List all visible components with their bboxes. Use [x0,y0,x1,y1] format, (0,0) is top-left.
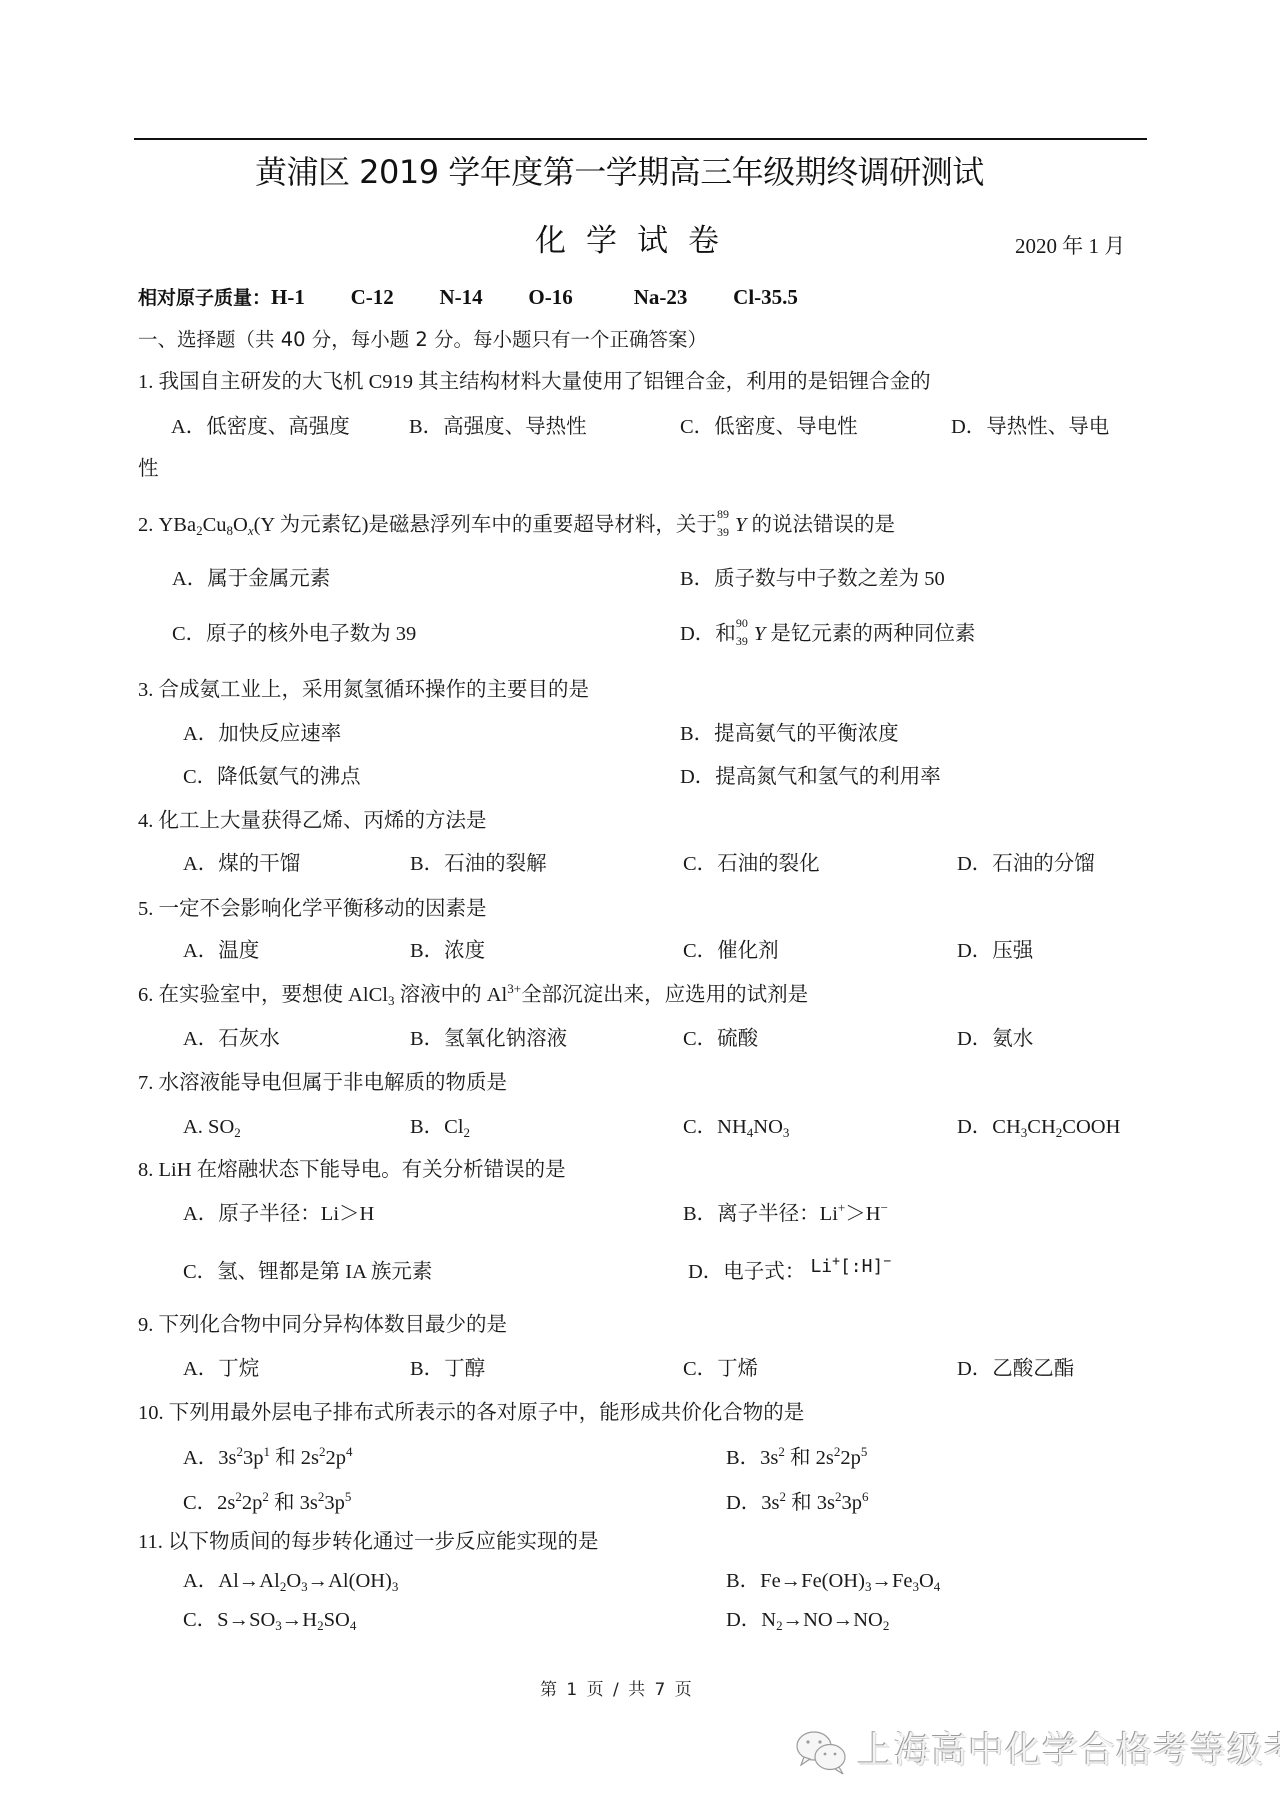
q5-option-a[interactable]: A．温度 [183,941,259,962]
q4-option-b[interactable]: B．石油的裂解 [410,854,547,875]
option-text: 和 3s [786,1492,835,1514]
question-text: LiH 在熔融状态下能导电。有关分析错误的是 [159,1159,566,1181]
question-1-stem: 1. 我国自主研发的大飞机 C919 其主结构材料大量使用了铝锂合金，利用的是铝… [138,372,931,393]
question-text: 化工上大量获得乙烯、丙烯的方法是 [159,810,487,832]
option-text: D．和 [680,623,736,645]
question-text: 合成氨工业上，采用氮氢循环操作的主要目的是 [159,679,590,701]
option-text: →H [282,1609,317,1631]
question-text: 水溶液能导电但属于非电解质的物质是 [159,1072,508,1094]
page-indicator: 第 1 页 / 共 7 页 [540,1682,692,1699]
subscript: 3 [392,1579,399,1594]
superscript: 5 [345,1489,352,1504]
wechat-icon [795,1729,849,1775]
q9-option-b[interactable]: B．丁醇 [410,1359,485,1380]
question-number: 11. [138,1531,163,1553]
atomic-number: 39 [736,635,748,647]
question-text: 全部沉淀出来，应选用的试剂是 [521,984,808,1006]
question-11-stem: 11. 以下物质间的每步转化通过一步反应能实现的是 [138,1532,599,1553]
superscript: 6 [862,1489,869,1504]
formula-part: Cu [203,514,227,536]
option-text: C．NH [683,1116,747,1138]
subscript: 4 [934,1579,941,1594]
option-text: D．电子式： [688,1261,805,1283]
superscript: 5 [861,1444,868,1459]
q1-option-c[interactable]: C．低密度、导电性 [680,417,858,438]
option-text: →Fe [871,1570,912,1592]
watermark-text: 上海高中化学合格考等级考 [857,1733,1280,1769]
q8-option-c[interactable]: C．氢、锂都是第 IA 族元素 [183,1262,432,1283]
q4-option-c[interactable]: C．石油的裂化 [683,854,820,875]
q4-option-a[interactable]: A．煤的干馏 [183,854,300,875]
header-rule [134,138,1147,140]
q9-option-a[interactable]: A．丁烷 [183,1359,259,1380]
option-text: B．Fe→Fe(OH) [726,1570,865,1592]
option-text: D．CH [957,1116,1021,1138]
atomic-masses-values: H-1 C-12 N-14 O-16 Na-23 Cl-35.5 [271,285,798,309]
superscript: − [881,1200,888,1215]
q11-option-a[interactable]: A．Al→Al2O3→Al(OH)3 [183,1571,398,1592]
question-text: 溶液中的 Al [395,984,508,1006]
superscript: 3+ [507,981,521,996]
q1-option-a[interactable]: A．低密度、高强度 [171,417,350,438]
question-text: 下列化合物中同分异构体数目最少的是 [159,1314,508,1336]
option-text: 2p [840,1447,861,1469]
question-text: 下列用最外层电子排布式所表示的各对原子中，能形成共价化合物的是 [169,1402,805,1424]
q2-option-c[interactable]: C．原子的核外电子数为 39 [172,624,416,645]
question-number: 2. [138,514,153,536]
element-symbol: Y [735,514,746,536]
atomic-masses: 相对原子质量：H-1 C-12 N-14 O-16 Na-23 Cl-35.5 [138,287,798,308]
option-text: B．离子半径：Li [683,1203,838,1225]
q8-option-d[interactable]: D．电子式： Li+[:H]− [688,1262,891,1283]
q3-option-b[interactable]: B．提高氨气的平衡浓度 [680,724,899,745]
question-number: 8. [138,1159,153,1181]
q5-option-d[interactable]: D．压强 [957,941,1033,962]
q11-option-d[interactable]: D．N2→NO→NO2 [726,1610,889,1631]
q10-option-d[interactable]: D．3s2 和 3s23p6 [726,1493,869,1514]
option-text: 2p [326,1447,347,1469]
option-text: CH [1027,1116,1055,1138]
formula-part: Li [810,1256,832,1277]
question-number: 9. [138,1314,153,1336]
exam-subject: 化学试卷 [535,226,739,257]
question-text: 我国自主研发的大飞机 C919 其主结构材料大量使用了铝锂合金，利用的是铝锂合金… [159,371,931,393]
atomic-masses-label: 相对原子质量： [138,287,271,309]
question-text: 的说法错误的是 [746,514,895,536]
element-symbol: Y [754,623,765,645]
q3-option-c[interactable]: C．降低氨气的沸点 [183,767,361,788]
q11-option-b[interactable]: B．Fe→Fe(OH)3→Fe3O4 [726,1571,940,1592]
option-text: COOH [1062,1116,1120,1138]
superscript: 4 [346,1444,353,1459]
nuclide-notation: 9039 [736,625,754,645]
q11-option-c[interactable]: C．S→SO3→H2SO4 [183,1610,356,1631]
option-text: 和 2s [785,1447,834,1469]
superscript: + [832,1254,840,1269]
option-text: C．2s [183,1492,235,1514]
question-number: 3. [138,679,153,701]
question-2-stem: 2. YBa2Cu8Ox(Y 为元素钇)是磁悬浮列车中的重要超导材料，关于893… [138,515,895,536]
option-text: A. SO [183,1116,234,1138]
option-text: 和 2s [270,1447,319,1469]
question-number: 6. [138,984,153,1006]
atomic-number: 39 [717,526,729,538]
question-number: 10. [138,1402,164,1424]
q5-option-c[interactable]: C．催化剂 [683,941,779,962]
q6-option-a[interactable]: A．石灰水 [183,1029,280,1050]
exam-date: 2020 年 1 月 [1015,236,1125,257]
question-number: 5. [138,898,153,920]
question-3-stem: 3. 合成氨工业上，采用氮氢循环操作的主要目的是 [138,680,589,701]
q9-option-d[interactable]: D．乙酸乙酯 [957,1359,1074,1380]
question-text: 以下物质间的每步转化通过一步反应能实现的是 [168,1531,599,1553]
q2-option-a[interactable]: A．属于金属元素 [172,569,330,590]
electron-formula: Li+[:H]− [810,1256,891,1277]
question-5-stem: 5. 一定不会影响化学平衡移动的因素是 [138,899,487,920]
option-text: A．3s [183,1447,237,1469]
q3-option-a[interactable]: A．加快反应速率 [183,724,341,745]
q10-option-a[interactable]: A．3s23p1 和 2s22p4 [183,1448,353,1469]
option-text: D．3s [726,1492,780,1514]
option-text: 和 3s [269,1492,318,1514]
subscript: 2 [464,1125,471,1140]
formula-part: O [233,514,248,536]
option-text: 2p [242,1492,263,1514]
option-text: ＞H [845,1203,880,1225]
q7-option-d[interactable]: D．CH3CH2COOH [957,1117,1120,1138]
option-text: →Al(OH) [308,1570,392,1592]
option-text: C．S→SO [183,1609,275,1631]
subscript: 2 [883,1618,890,1633]
q9-option-c[interactable]: C．丁烯 [683,1359,758,1380]
q8-option-b[interactable]: B．离子半径：Li+＞H− [683,1204,888,1225]
q1-option-b[interactable]: B．高强度、导热性 [409,417,587,438]
option-text: 是钇元素的两种同位素 [765,623,975,645]
question-10-stem: 10. 下列用最外层电子排布式所表示的各对原子中，能形成共价化合物的是 [138,1403,804,1424]
q6-option-b[interactable]: B．氢氧化钠溶液 [410,1029,567,1050]
question-number: 4. [138,810,153,832]
option-text: B．3s [726,1447,778,1469]
section-title: 一、选择题（共 40 分，每小题 2 分。每小题只有一个正确答案） [138,330,707,350]
mass-number: 90 [736,617,748,629]
q8-option-a[interactable]: A．原子半径：Li＞H [183,1204,374,1225]
question-number: 1. [138,371,153,393]
q6-option-d[interactable]: D．氨水 [957,1029,1033,1050]
formula-part: [:H] [840,1256,883,1277]
option-text: B．Cl [410,1116,464,1138]
exam-title: 黄浦区 2019 学年度第一学期高三年级期终调研测试 [255,156,984,188]
q1-option-d[interactable]: D．导热性、导电 [951,417,1109,438]
formula-part: YBa [159,514,197,536]
q7-option-b[interactable]: B．Cl2 [410,1117,470,1138]
subscript: 2 [234,1125,241,1140]
option-text: SO [324,1609,350,1631]
q2-option-b[interactable]: B．质子数与中子数之差为 50 [680,569,945,590]
option-text: 3p [842,1492,863,1514]
option-text: A．Al→Al [183,1570,280,1592]
option-text: 3p [324,1492,345,1514]
q7-option-c[interactable]: C．NH4NO3 [683,1117,789,1138]
option-text: →NO→NO [783,1609,883,1631]
q5-option-b[interactable]: B．浓度 [410,941,485,962]
option-text: O [919,1570,934,1592]
subscript: 4 [350,1618,357,1633]
option-text: D．N [726,1609,776,1631]
question-9-stem: 9. 下列化合物中同分异构体数目最少的是 [138,1315,507,1336]
q10-option-b[interactable]: B．3s2 和 2s22p5 [726,1448,867,1469]
option-text: NO [753,1116,783,1138]
superscript: − [883,1254,891,1269]
question-8-stem: 8. LiH 在熔融状态下能导电。有关分析错误的是 [138,1160,566,1181]
question-text: (Y 为元素钇)是磁悬浮列车中的重要超导材料，关于 [254,514,717,536]
q4-option-d[interactable]: D．石油的分馏 [957,854,1095,875]
question-text: 在实验室中，要想使 AlCl [159,984,389,1006]
question-number: 7. [138,1072,153,1094]
q1-option-d-wrap: 性 [138,459,159,480]
option-text: 3p [243,1447,264,1469]
q3-option-d[interactable]: D．提高氮气和氢气的利用率 [680,767,941,788]
question-4-stem: 4. 化工上大量获得乙烯、丙烯的方法是 [138,811,487,832]
mass-number: 89 [717,508,729,520]
q7-option-a[interactable]: A. SO2 [183,1117,241,1138]
question-6-stem: 6. 在实验室中，要想使 AlCl3 溶液中的 Al3+全部沉淀出来，应选用的试… [138,985,808,1006]
subscript: 3 [783,1125,790,1140]
question-text: 一定不会影响化学平衡移动的因素是 [159,898,487,920]
q10-option-c[interactable]: C．2s22p2 和 3s23p5 [183,1493,351,1514]
question-7-stem: 7. 水溶液能导电但属于非电解质的物质是 [138,1073,507,1094]
nuclide-notation: 8939 [717,516,735,536]
option-text: O [286,1570,301,1592]
q2-option-d[interactable]: D．和9039Y 是钇元素的两种同位素 [680,624,975,645]
q6-option-c[interactable]: C．硫酸 [683,1029,758,1050]
